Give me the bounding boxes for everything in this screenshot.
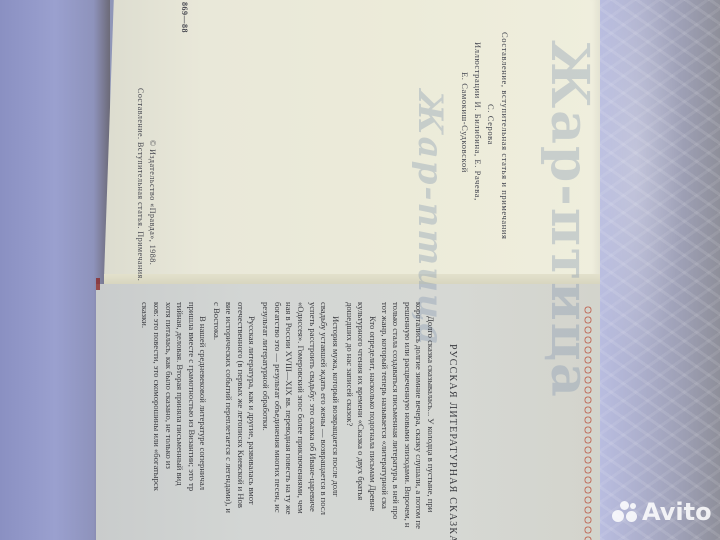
article-line: хотя питалась, как было сказано, не толь… bbox=[162, 302, 173, 469]
credits-compiler-name: С. Серова bbox=[485, 104, 497, 145]
article-line: вие исторических событий переплетается с… bbox=[223, 302, 234, 513]
article-line: ная в России XVIII—XIX вв. переводная по… bbox=[283, 302, 294, 515]
article-line: результат литературной обработки. bbox=[260, 302, 271, 431]
article-line: только стала создаваться письменная лите… bbox=[390, 302, 401, 519]
catalog-code: 869—88 bbox=[179, 2, 190, 33]
article-line: с Востока. bbox=[211, 302, 222, 340]
article-line: «Одиссея». Гомеровский эпос более приклю… bbox=[295, 302, 306, 514]
article-line: коротались долгие зимние вечера, сказку … bbox=[413, 302, 424, 529]
copyright-publisher: © Издательство «Правда», 1988. bbox=[147, 140, 158, 265]
article-title: РУССКАЯ ЛИТЕРАТУРНАЯ СКАЗКА bbox=[447, 344, 458, 540]
credits-illustrators-2: Е. Самокиш-Судковской bbox=[459, 72, 471, 173]
article-line: отечественного (в первых же летописях Ки… bbox=[234, 302, 245, 508]
article-line: тот жанр, который теперь называется «лит… bbox=[378, 302, 389, 509]
article-line: Кто определит, насколько подогнала письм… bbox=[367, 316, 378, 511]
article-line: решенную или расцвеченную новыми эпизода… bbox=[401, 302, 412, 527]
copyright-notice: Составление. Вступительная статья. Приме… bbox=[135, 88, 146, 281]
article-line: тийная, деловая. Вторая приняла письменн… bbox=[174, 302, 185, 486]
tablecloth-left bbox=[0, 0, 110, 540]
avito-logo-icon bbox=[612, 501, 638, 523]
article-line: пришла вместе с грамотностью из Византии… bbox=[185, 302, 196, 491]
article-line: свадьбу уставшей ждать его жены — возвра… bbox=[318, 302, 329, 515]
article-line: ков: это повести, это скоморошины или «б… bbox=[151, 302, 162, 491]
article-line: Русская литература, как и другие, развив… bbox=[246, 316, 257, 505]
article-line: богатство это — результат объединения мн… bbox=[271, 302, 282, 513]
bookmark-ribbon bbox=[96, 278, 100, 290]
credits-illustrators: Иллюстрации И. Билибина, Е. Рачева, bbox=[472, 42, 484, 201]
credits-compiler: Составление, вступительная статья и прим… bbox=[499, 32, 511, 240]
article-line: дошедших до нас записей сказок? bbox=[343, 302, 354, 426]
article-line: сказки. bbox=[139, 302, 150, 328]
book-photo: Жар-птица Жар-птица Составление, вступит… bbox=[0, 0, 720, 540]
article-line: История мужа, который возвращается после… bbox=[329, 316, 340, 497]
page-copyright bbox=[104, 0, 600, 278]
avito-wordmark: Avito bbox=[642, 498, 712, 526]
article-line: В нашей средневековой литературе соперни… bbox=[197, 316, 208, 490]
article-line: Долго сказка сказывалась... У колодца в … bbox=[425, 316, 436, 512]
article-line: успеть расстроить свадьбу: это сказка об… bbox=[306, 302, 317, 512]
decorative-ornament-border bbox=[582, 305, 594, 540]
article-line: культурного чтения их времени «Сказка о … bbox=[355, 302, 366, 500]
tablecloth-right bbox=[600, 0, 720, 540]
avito-watermark: Avito bbox=[612, 498, 712, 526]
